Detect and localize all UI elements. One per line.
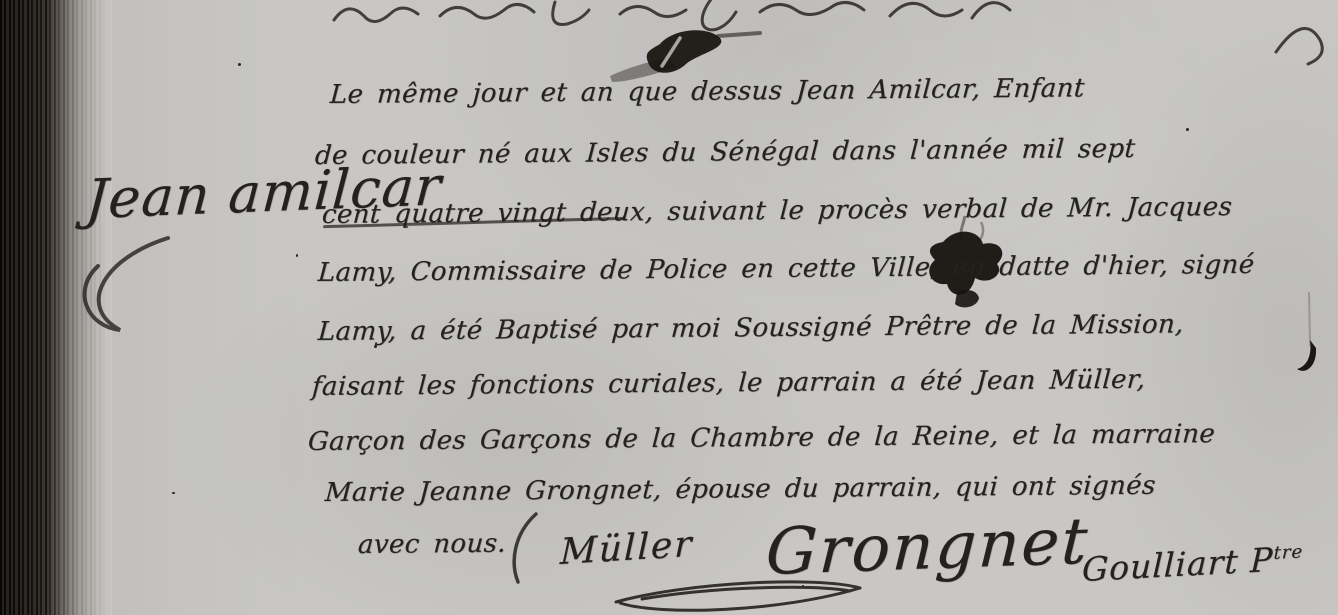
entry-line: Le même jour et an que dessus Jean Amilc… xyxy=(329,73,1086,110)
signature-grongnet: Grongnet xyxy=(764,505,1091,590)
signature-goulliart-name: Goulliart P xyxy=(1081,540,1274,589)
scanned-parish-register-page: Jean amilcar Le même jour et an que dess… xyxy=(0,0,1338,615)
paper-speck xyxy=(238,63,241,66)
signature-goulliart: Goulliart Ptre xyxy=(1081,538,1303,589)
paper-speck xyxy=(296,254,298,257)
paper-speck xyxy=(1186,128,1189,131)
entry-line: Lamy, a été Baptisé par moi Soussigné Pr… xyxy=(317,309,1185,347)
book-binding-gutter xyxy=(0,0,112,615)
paper-speck xyxy=(374,345,377,348)
signature-goulliart-superscript: tre xyxy=(1273,541,1303,564)
cutoff-previous-line-strokes xyxy=(320,0,1020,36)
right-edge-crease-mark xyxy=(1292,292,1328,388)
signature-muller: Müller xyxy=(559,524,693,573)
entry-line: Lamy, Commissaire de Police en cette Vil… xyxy=(317,250,1255,288)
entry-line: Garçon des Garçons de la Chambre de la R… xyxy=(307,419,1216,457)
paper-speck xyxy=(802,585,804,587)
cutoff-curl-stroke xyxy=(1266,6,1330,70)
avec-nous-flourish xyxy=(500,512,544,586)
entry-line: avec nous. xyxy=(357,529,507,560)
entry-line: Marie Jeanne Grongnet, épouse du parrain… xyxy=(324,471,1157,508)
entry-line: de couleur né aux Isles du Sénégal dans … xyxy=(314,134,1136,171)
paper-speck xyxy=(172,492,175,494)
entry-line: faisant les fonctions curiales, le parra… xyxy=(311,365,1146,402)
